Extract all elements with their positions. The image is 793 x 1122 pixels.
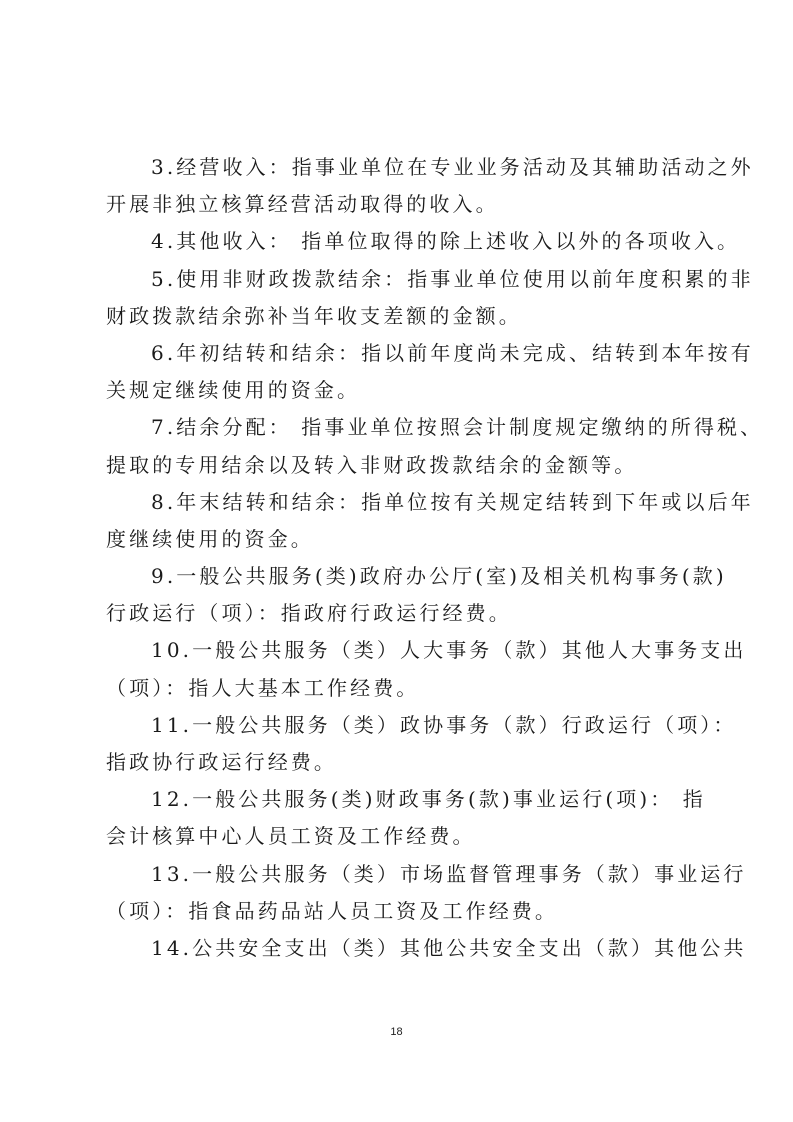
paragraph-line: 10.一般公共服务（类）人大事务（款）其他人大事务支出 [106, 632, 696, 669]
paragraph-line: 3.经营收入：指事业单位在专业业务活动及其辅助活动之外 [106, 149, 696, 186]
paragraph-line: 财政拨款结余弥补当年收支差额的金额。 [106, 298, 696, 335]
paragraph-line: 开展非独立核算经营活动取得的收入。 [106, 186, 696, 223]
paragraph-line: 8.年末结转和结余：指单位按有关规定结转到下年或以后年 [106, 484, 696, 521]
paragraph-line: 6.年初结转和结余：指以前年度尚未完成、结转到本年按有 [106, 335, 696, 372]
paragraph-line: 提取的专用结余以及转入非财政拨款结余的金额等。 [106, 447, 696, 484]
paragraph-line: 4.其他收入： 指单位取得的除上述收入以外的各项收入。 [106, 223, 696, 260]
paragraph-line: 5.使用非财政拨款结余：指事业单位使用以前年度积累的非 [106, 261, 696, 298]
paragraph-line: 指政协行政运行经费。 [106, 744, 696, 781]
paragraph-line: 7.结余分配： 指事业单位按照会计制度规定缴纳的所得税、 [106, 409, 696, 446]
paragraph-line: （项）：指食品药品站人员工资及工作经费。 [106, 893, 696, 930]
paragraph-line: 13.一般公共服务（类）市场监督管理事务（款）事业运行 [106, 856, 696, 893]
paragraph-line: 关规定继续使用的资金。 [106, 372, 696, 409]
paragraph-line: 14.公共安全支出（类）其他公共安全支出（款）其他公共 [106, 930, 696, 967]
paragraph-line: 会计核算中心人员工资及工作经费。 [106, 818, 696, 855]
paragraph-line: 9.一般公共服务(类)政府办公厅(室)及相关机构事务(款) [106, 558, 696, 595]
document-page: 3.经营收入：指事业单位在专业业务活动及其辅助活动之外 开展非独立核算经营活动取… [0, 0, 793, 1122]
document-body: 3.经营收入：指事业单位在专业业务活动及其辅助活动之外 开展非独立核算经营活动取… [106, 149, 696, 967]
paragraph-line: 12.一般公共服务(类)财政事务(款)事业运行(项)： 指 [106, 781, 696, 818]
paragraph-line: （项）：指人大基本工作经费。 [106, 670, 696, 707]
page-number: 18 [0, 1026, 793, 1038]
paragraph-line: 度继续使用的资金。 [106, 521, 696, 558]
paragraph-line: 11.一般公共服务（类）政协事务（款）行政运行（项）： [106, 707, 696, 744]
paragraph-line: 行政运行（项）：指政府行政运行经费。 [106, 595, 696, 632]
